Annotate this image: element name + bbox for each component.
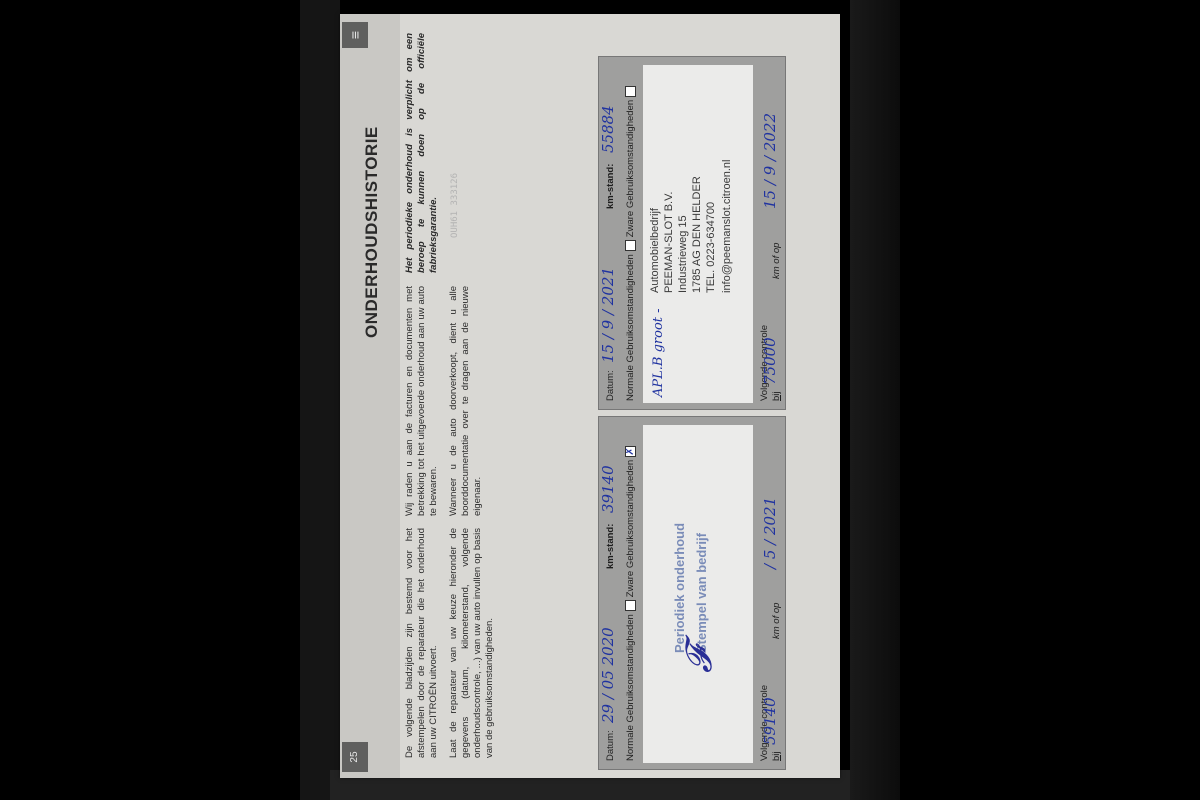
stamp-line: Stempel van bedrijf bbox=[695, 533, 708, 653]
normal-label: Normale Gebruiksomstandigheden bbox=[625, 614, 636, 761]
entry-1-km: 39140 bbox=[599, 465, 617, 513]
normal-label: Normale Gebruiksomstandigheden bbox=[625, 254, 636, 401]
date-label: Datum: bbox=[605, 370, 616, 401]
entry-2-km: 55884 bbox=[599, 105, 617, 153]
maintenance-entry-1: Datum: 29 / 05 2020 km-stand: 39140 Norm… bbox=[598, 416, 786, 770]
background-left bbox=[300, 0, 340, 800]
km-stand-label: km-stand: bbox=[605, 524, 616, 569]
handwritten-note: APL.B groot - bbox=[651, 308, 666, 397]
intro-middle-1: Wij raden u aan de facturen en documente… bbox=[404, 286, 440, 516]
background-right bbox=[850, 0, 900, 800]
maintenance-entry-2: Datum: 15 / 9 / 2021 km-stand: 55884 Nor… bbox=[598, 56, 786, 410]
page-number: 25 bbox=[342, 742, 368, 772]
embossed-marks: OUH61 333126 bbox=[450, 173, 460, 238]
normal-checkbox[interactable] bbox=[625, 240, 636, 251]
entry-2-next-km: 75000 bbox=[761, 337, 779, 385]
page-title: ONDERHOUDSHISTORIE bbox=[362, 126, 382, 338]
zware-checkbox[interactable]: ✗ bbox=[625, 446, 636, 457]
km-of-op-label: km of op bbox=[771, 243, 782, 279]
booklet-page: ONDERHOUDSHISTORIE 25 ≡ De volgende blad… bbox=[340, 14, 840, 778]
bij-label: bij bbox=[771, 751, 782, 761]
stamp-line: TEL. 0223-634700 bbox=[705, 202, 718, 293]
bij-label: bij bbox=[771, 391, 782, 401]
stamp-line: PEEMAN-SLOT B.V. bbox=[663, 192, 676, 293]
km-stand-label: km-stand: bbox=[605, 164, 616, 209]
intro-right-warranty: Het periodieke onderhoud is verplicht om… bbox=[404, 33, 440, 273]
entry-2-date: 15 / 9 / 2021 bbox=[599, 267, 617, 363]
stamp-line: Automobielbedrijf bbox=[649, 208, 662, 293]
intro-middle-2: Wanneer u de auto doorverkoopt, dient u … bbox=[448, 286, 484, 516]
intro-left-1: De volgende bladzijden zijn bestemd voor… bbox=[404, 528, 440, 758]
entry-1-next-date: / 5 / 2021 bbox=[761, 497, 779, 569]
entry-1-next-km: 59140 bbox=[761, 697, 779, 745]
zware-checkbox[interactable] bbox=[625, 86, 636, 97]
stamp-area-2: APL.B groot - Automobielbedrijf PEEMAN-S… bbox=[643, 65, 753, 403]
date-label: Datum: bbox=[605, 730, 616, 761]
normal-checkbox[interactable] bbox=[625, 600, 636, 611]
intro-left-2: Laat de reparateur van uw keuze hieronde… bbox=[448, 528, 496, 758]
menu-lines-icon: ≡ bbox=[342, 22, 368, 48]
zware-label: Zware Gebruiksomstandigheden bbox=[625, 460, 636, 597]
entry-2-next-date: 15 / 9 / 2022 bbox=[761, 113, 779, 209]
stamp-line: 1785 AG DEN HELDER bbox=[691, 176, 704, 293]
stamp-line: Periodiek onderhoud bbox=[673, 523, 686, 653]
stamp-line: info@peemanslot.citroen.nl bbox=[721, 160, 734, 293]
stamp-area-1: Periodiek onderhoud Stempel van bedrijf … bbox=[643, 425, 753, 763]
stamp-line: Industrieweg 15 bbox=[677, 215, 690, 293]
km-of-op-label: km of op bbox=[771, 603, 782, 639]
zware-label: Zware Gebruiksomstandigheden bbox=[625, 100, 636, 237]
signature: 𝓕 bbox=[679, 646, 721, 673]
entry-1-date: 29 / 05 2020 bbox=[599, 627, 617, 723]
